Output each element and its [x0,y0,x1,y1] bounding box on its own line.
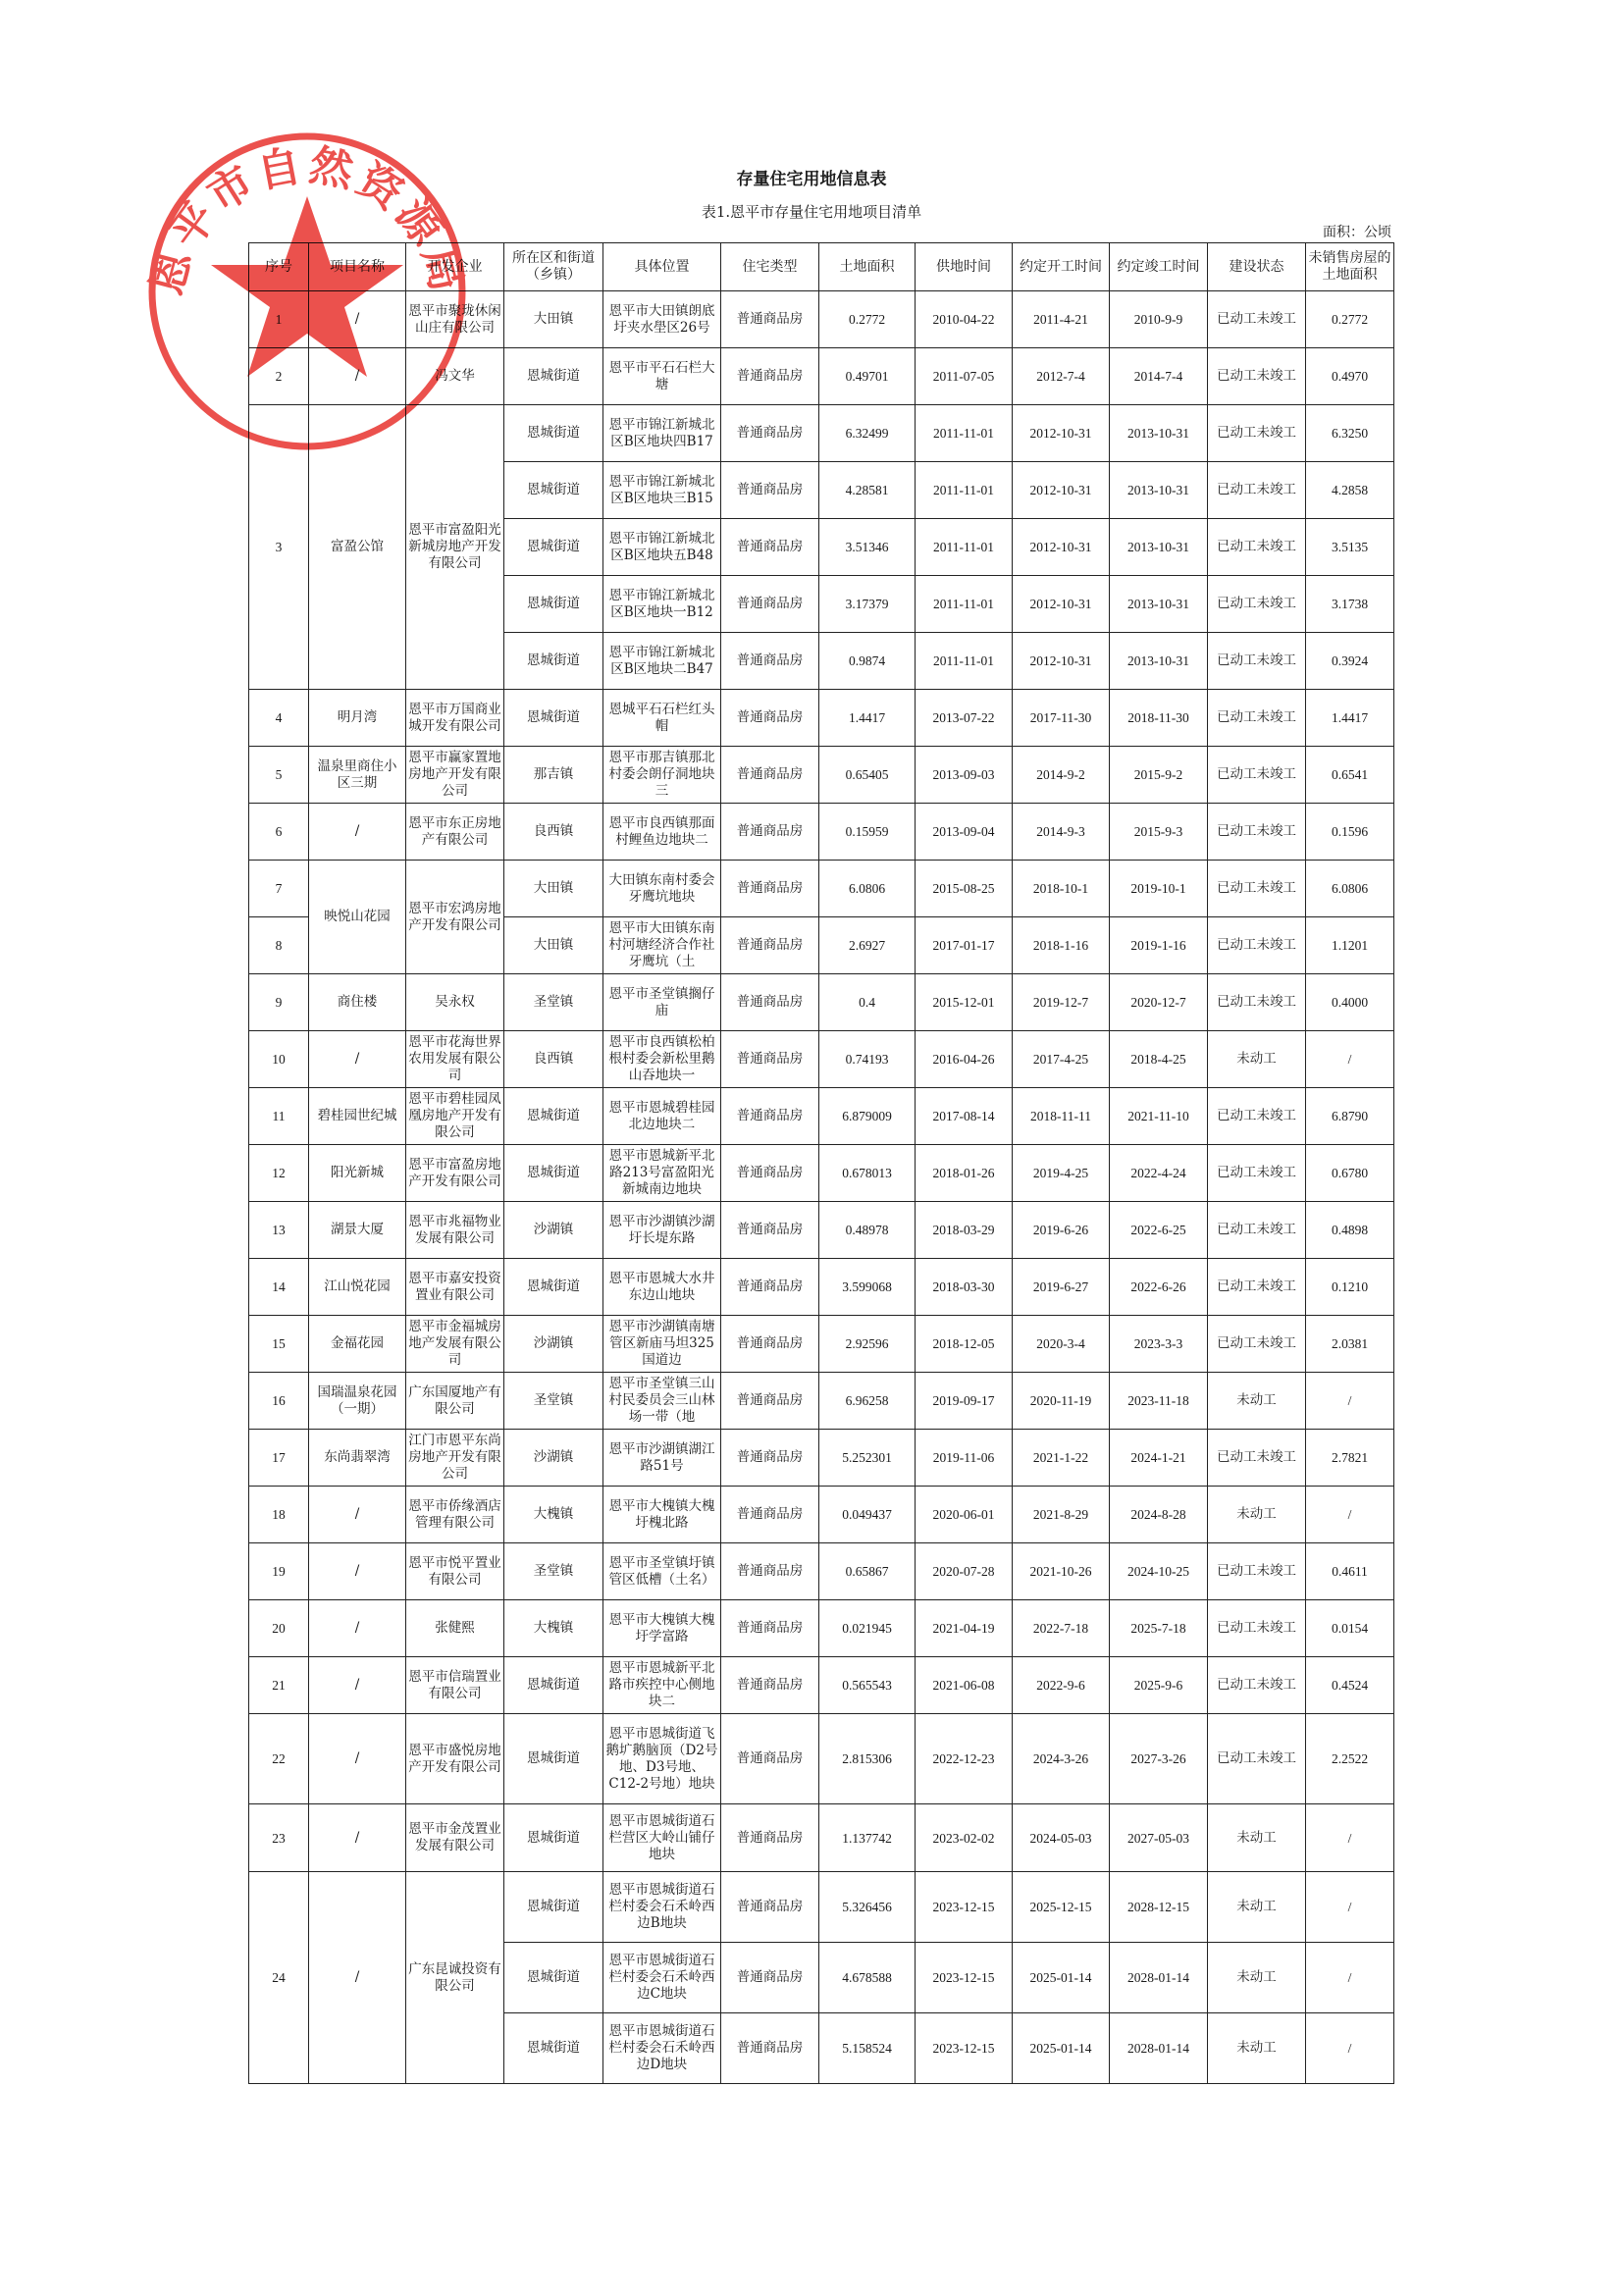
housing-type: 普通商品房 [721,917,819,974]
district: 恩城街道 [504,2013,603,2084]
developer: 恩平市聚珑休闲山庄有限公司 [406,291,504,348]
finish-date: 2027-05-03 [1110,1804,1208,1872]
housing-type: 普通商品房 [721,462,819,519]
location: 恩平市恩城街道石栏村委会石禾岭西边C地块 [603,1943,721,2013]
col-header-no: 序号 [249,243,309,291]
build-status: 已动工未竣工 [1208,1600,1306,1657]
unsold-area: 0.4970 [1306,348,1394,405]
unsold-area: / [1306,1872,1394,1943]
unsold-area: 0.1596 [1306,804,1394,861]
district: 恩城街道 [504,405,603,462]
land-area: 1.137742 [819,1804,916,1872]
district: 恩城街道 [504,462,603,519]
build-status: 未动工 [1208,1373,1306,1430]
finish-date: 2023-11-18 [1110,1373,1208,1430]
table-row: 20/张健熙大槐镇恩平市大槐镇大槐圩学富路普通商品房0.0219452021-0… [249,1600,1394,1657]
district: 沙湖镇 [504,1202,603,1259]
supply-date: 2013-09-04 [916,804,1013,861]
district: 恩城街道 [504,1657,603,1714]
housing-type: 普通商品房 [721,1543,819,1600]
supply-date: 2020-06-01 [916,1487,1013,1543]
table-row: 24/广东昆诚投资有限公司恩城街道恩平市恩城街道石栏村委会石禾岭西边B地块普通商… [249,1872,1394,1943]
unsold-area: / [1306,2013,1394,2084]
supply-date: 2011-11-01 [916,519,1013,576]
land-area: 1.4417 [819,690,916,747]
unsold-area: 2.0381 [1306,1316,1394,1373]
location: 恩平市恩城新平北路市疾控中心侧地块二 [603,1657,721,1714]
land-area: 6.879009 [819,1088,916,1145]
land-area: 2.815306 [819,1714,916,1804]
start-date: 2020-11-19 [1013,1373,1110,1430]
housing-type: 普通商品房 [721,291,819,348]
build-status: 已动工未竣工 [1208,1657,1306,1714]
finish-date: 2013-10-31 [1110,576,1208,633]
supply-date: 2019-09-17 [916,1373,1013,1430]
supply-date: 2023-12-15 [916,1872,1013,1943]
land-area: 6.0806 [819,861,916,917]
build-status: 已动工未竣工 [1208,1259,1306,1316]
finish-date: 2022-6-25 [1110,1202,1208,1259]
district: 恩城街道 [504,1088,603,1145]
unsold-area: 0.1210 [1306,1259,1394,1316]
district: 恩城街道 [504,348,603,405]
unsold-area: 0.2772 [1306,291,1394,348]
housing-type: 普通商品房 [721,1430,819,1487]
district: 恩城街道 [504,1804,603,1872]
table-row: 2/冯文华恩城街道恩平市平石石栏大塘普通商品房0.497012011-07-05… [249,348,1394,405]
col-header-start-date: 约定开工时间 [1013,243,1110,291]
build-status: 未动工 [1208,1031,1306,1088]
location: 恩平市圣堂镇三山村民委员会三山林场一带（地 [603,1373,721,1430]
district: 恩城街道 [504,1872,603,1943]
project-name: / [309,1600,406,1657]
start-date: 2021-1-22 [1013,1430,1110,1487]
project-name: / [309,291,406,348]
build-status: 已动工未竣工 [1208,804,1306,861]
supply-date: 2011-11-01 [916,405,1013,462]
housing-type: 普通商品房 [721,1943,819,2013]
table-row: 18/恩平市侨缘酒店管理有限公司大槐镇恩平市大槐镇大槐圩槐北路普通商品房0.04… [249,1487,1394,1543]
supply-date: 2011-11-01 [916,462,1013,519]
developer: 冯文华 [406,348,504,405]
housing-type: 普通商品房 [721,1600,819,1657]
location: 恩平市平石石栏大塘 [603,348,721,405]
build-status: 已动工未竣工 [1208,1543,1306,1600]
col-header-finish-date: 约定竣工时间 [1110,243,1208,291]
col-header-land-area: 土地面积 [819,243,916,291]
developer: 恩平市金福城房地产发展有限公司 [406,1316,504,1373]
land-area: 3.51346 [819,519,916,576]
col-header-developer: 开发企业 [406,243,504,291]
developer: 恩平市东正房地产有限公司 [406,804,504,861]
col-header-location: 具体位置 [603,243,721,291]
unsold-area: 0.6780 [1306,1145,1394,1202]
table-row: 7映悦山花园恩平市宏鸿房地产开发有限公司大田镇大田镇东南村委会牙鹰坑地块普通商品… [249,861,1394,917]
housing-type: 普通商品房 [721,974,819,1031]
unsold-area: 0.3924 [1306,633,1394,690]
table-row: 4明月湾恩平市万国商业城开发有限公司恩城街道恩城平石石栏红头帽普通商品房1.44… [249,690,1394,747]
supply-date: 2018-03-30 [916,1259,1013,1316]
district: 圣堂镇 [504,1543,603,1600]
finish-date: 2013-10-31 [1110,519,1208,576]
row-no: 17 [249,1430,309,1487]
unsold-area: 4.2858 [1306,462,1394,519]
housing-type: 普通商品房 [721,1316,819,1373]
developer: 恩平市金茂置业发展有限公司 [406,1804,504,1872]
land-area: 0.565543 [819,1657,916,1714]
district: 恩城街道 [504,1259,603,1316]
supply-date: 2010-04-22 [916,291,1013,348]
land-area: 0.021945 [819,1600,916,1657]
build-status: 已动工未竣工 [1208,1316,1306,1373]
table-row: 5温泉里商住小区三期恩平市赢家置地房地产开发有限公司那吉镇恩平市那吉镇那北村委会… [249,747,1394,804]
build-status: 已动工未竣工 [1208,633,1306,690]
unsold-area: 3.1738 [1306,576,1394,633]
supply-date: 2022-12-23 [916,1714,1013,1804]
district: 恩城街道 [504,519,603,576]
start-date: 2012-7-4 [1013,348,1110,405]
supply-date: 2011-11-01 [916,633,1013,690]
unsold-area: 0.6541 [1306,747,1394,804]
location: 恩平市锦江新城北区B区地块五B48 [603,519,721,576]
housing-type: 普通商品房 [721,1259,819,1316]
finish-date: 2014-7-4 [1110,348,1208,405]
row-no: 20 [249,1600,309,1657]
table-row: 16国瑞温泉花园（一期）广东国厦地产有限公司圣堂镇恩平市圣堂镇三山村民委员会三山… [249,1373,1394,1430]
table-row: 21/恩平市信瑞置业有限公司恩城街道恩平市恩城新平北路市疾控中心侧地块二普通商品… [249,1657,1394,1714]
table-row: 6/恩平市东正房地产有限公司良西镇恩平市良西镇那面村鲤鱼边地块二普通商品房0.1… [249,804,1394,861]
developer: 恩平市侨缘酒店管理有限公司 [406,1487,504,1543]
housing-type: 普通商品房 [721,861,819,917]
build-status: 已动工未竣工 [1208,576,1306,633]
district: 大田镇 [504,291,603,348]
developer: 恩平市嘉安投资置业有限公司 [406,1259,504,1316]
build-status: 已动工未竣工 [1208,1088,1306,1145]
build-status: 已动工未竣工 [1208,917,1306,974]
project-name: / [309,1714,406,1804]
build-status: 已动工未竣工 [1208,747,1306,804]
start-date: 2019-6-27 [1013,1259,1110,1316]
row-no: 23 [249,1804,309,1872]
unsold-area: / [1306,1031,1394,1088]
finish-date: 2022-4-24 [1110,1145,1208,1202]
finish-date: 2024-10-25 [1110,1543,1208,1600]
developer: 江门市恩平东尚房地产开发有限公司 [406,1430,504,1487]
supply-date: 2017-01-17 [916,917,1013,974]
location: 恩平市大田镇东南村河塘经济合作社牙鹰坑（土 [603,917,721,974]
housing-type: 普通商品房 [721,1145,819,1202]
land-area: 3.17379 [819,576,916,633]
table-row: 23/恩平市金茂置业发展有限公司恩城街道恩平市恩城街道石栏营区大岭山铺仔地块普通… [249,1804,1394,1872]
project-name: / [309,1657,406,1714]
housing-type: 普通商品房 [721,747,819,804]
finish-date: 2019-1-16 [1110,917,1208,974]
unsold-area: 0.4611 [1306,1543,1394,1600]
housing-type: 普通商品房 [721,690,819,747]
project-name: / [309,1804,406,1872]
build-status: 已动工未竣工 [1208,405,1306,462]
finish-date: 2028-01-14 [1110,1943,1208,2013]
district: 沙湖镇 [504,1430,603,1487]
unsold-area: / [1306,1804,1394,1872]
start-date: 2018-1-16 [1013,917,1110,974]
land-area: 6.32499 [819,405,916,462]
row-no: 16 [249,1373,309,1430]
finish-date: 2020-12-7 [1110,974,1208,1031]
finish-date: 2024-1-21 [1110,1430,1208,1487]
build-status: 未动工 [1208,1872,1306,1943]
location: 大田镇东南村委会牙鹰坑地块 [603,861,721,917]
row-no: 11 [249,1088,309,1145]
row-no: 19 [249,1543,309,1600]
housing-type: 普通商品房 [721,1031,819,1088]
build-status: 已动工未竣工 [1208,291,1306,348]
district: 恩城街道 [504,1714,603,1804]
table-row: 12阳光新城恩平市富盈房地产开发有限公司恩城街道恩平市恩城新平北路213号富盈阳… [249,1145,1394,1202]
finish-date: 2013-10-31 [1110,405,1208,462]
location: 恩平市恩城街道飞鹅圹鹅脑顶（D2号地、D3号地、C12-2号地）地块 [603,1714,721,1804]
finish-date: 2013-10-31 [1110,462,1208,519]
start-date: 2012-10-31 [1013,405,1110,462]
unsold-area: 6.0806 [1306,861,1394,917]
supply-date: 2017-08-14 [916,1088,1013,1145]
district: 大田镇 [504,861,603,917]
project-name: 金福花园 [309,1316,406,1373]
land-area: 0.678013 [819,1145,916,1202]
developer: 广东昆诚投资有限公司 [406,1872,504,2084]
unsold-area: 0.4898 [1306,1202,1394,1259]
start-date: 2011-4-21 [1013,291,1110,348]
build-status: 已动工未竣工 [1208,1714,1306,1804]
developer: 恩平市信瑞置业有限公司 [406,1657,504,1714]
location: 恩平市良西镇那面村鲤鱼边地块二 [603,804,721,861]
project-name: 温泉里商住小区三期 [309,747,406,804]
project-name: 明月湾 [309,690,406,747]
project-name: / [309,1031,406,1088]
land-area: 3.599068 [819,1259,916,1316]
housing-type: 普通商品房 [721,348,819,405]
land-area: 0.65867 [819,1543,916,1600]
row-no: 8 [249,917,309,974]
project-name: 东尚翡翠湾 [309,1430,406,1487]
project-name: 映悦山花园 [309,861,406,974]
supply-date: 2021-04-19 [916,1600,1013,1657]
housing-type: 普通商品房 [721,633,819,690]
project-name: 富盈公馆 [309,405,406,690]
location: 恩平市锦江新城北区B区地块三B15 [603,462,721,519]
row-no: 1 [249,291,309,348]
land-area: 0.65405 [819,747,916,804]
start-date: 2021-10-26 [1013,1543,1110,1600]
row-no: 6 [249,804,309,861]
unsold-area: 1.4417 [1306,690,1394,747]
developer: 恩平市碧桂园凤凰房地产开发有限公司 [406,1088,504,1145]
location: 恩平市那吉镇那北村委会朗仔洞地块三 [603,747,721,804]
supply-date: 2013-09-03 [916,747,1013,804]
land-area: 0.48978 [819,1202,916,1259]
col-header-unsold-area: 未销售房屋的土地面积 [1306,243,1394,291]
housing-type: 普通商品房 [721,1202,819,1259]
start-date: 2012-10-31 [1013,633,1110,690]
start-date: 2025-12-15 [1013,1872,1110,1943]
district: 恩城街道 [504,576,603,633]
developer: 吴永权 [406,974,504,1031]
supply-date: 2023-12-15 [916,1943,1013,2013]
row-no: 15 [249,1316,309,1373]
land-area: 0.15959 [819,804,916,861]
start-date: 2014-9-2 [1013,747,1110,804]
supply-date: 2015-08-25 [916,861,1013,917]
project-name: / [309,348,406,405]
location: 恩平市锦江新城北区B区地块四B17 [603,405,721,462]
table-row: 3富盈公馆恩平市富盈阳光新城房地产开发有限公司恩城街道恩平市锦江新城北区B区地块… [249,405,1394,462]
supply-date: 2018-12-05 [916,1316,1013,1373]
supply-date: 2013-07-22 [916,690,1013,747]
location: 恩平市恩城街道石栏营区大岭山铺仔地块 [603,1804,721,1872]
start-date: 2019-4-25 [1013,1145,1110,1202]
supply-date: 2023-02-02 [916,1804,1013,1872]
row-no: 2 [249,348,309,405]
supply-date: 2011-11-01 [916,576,1013,633]
district: 大槐镇 [504,1600,603,1657]
build-status: 未动工 [1208,1804,1306,1872]
unsold-area: 2.7821 [1306,1430,1394,1487]
build-status: 已动工未竣工 [1208,690,1306,747]
district: 良西镇 [504,804,603,861]
start-date: 2022-7-18 [1013,1600,1110,1657]
land-area: 0.49701 [819,348,916,405]
start-date: 2025-01-14 [1013,2013,1110,2084]
build-status: 已动工未竣工 [1208,348,1306,405]
location: 恩平市恩城碧桂园北边地块二 [603,1088,721,1145]
land-area: 0.4 [819,974,916,1031]
table-row: 11碧桂园世纪城恩平市碧桂园凤凰房地产开发有限公司恩城街道恩平市恩城碧桂园北边地… [249,1088,1394,1145]
area-unit-note: 面积：公顷 [1323,222,1391,241]
developer: 恩平市花海世界农用发展有限公司 [406,1031,504,1088]
start-date: 2020-3-4 [1013,1316,1110,1373]
row-no: 4 [249,690,309,747]
land-area: 0.2772 [819,291,916,348]
location: 恩平市良西镇松柏根村委会新松里鹅山吞地块一 [603,1031,721,1088]
land-area: 0.74193 [819,1031,916,1088]
district: 沙湖镇 [504,1316,603,1373]
location: 恩平市圣堂镇圩镇管区低槽（土名） [603,1543,721,1600]
housing-type: 普通商品房 [721,1088,819,1145]
unsold-area: 6.3250 [1306,405,1394,462]
supply-date: 2023-12-15 [916,2013,1013,2084]
finish-date: 2018-11-30 [1110,690,1208,747]
developer: 恩平市富盈阳光新城房地产开发有限公司 [406,405,504,690]
district: 良西镇 [504,1031,603,1088]
unsold-area: / [1306,1373,1394,1430]
housing-type: 普通商品房 [721,1714,819,1804]
unsold-area: 0.4524 [1306,1657,1394,1714]
supply-date: 2019-11-06 [916,1430,1013,1487]
developer: 恩平市盛悦房地产开发有限公司 [406,1714,504,1804]
table-row: 9商住楼吴永权圣堂镇恩平市圣堂镇搁仔庙普通商品房0.42015-12-01201… [249,974,1394,1031]
land-area: 0.049437 [819,1487,916,1543]
project-name: / [309,804,406,861]
finish-date: 2021-11-10 [1110,1088,1208,1145]
build-status: 已动工未竣工 [1208,1430,1306,1487]
start-date: 2022-9-6 [1013,1657,1110,1714]
row-no: 12 [249,1145,309,1202]
row-no: 18 [249,1487,309,1543]
finish-date: 2024-8-28 [1110,1487,1208,1543]
developer: 恩平市宏鸿房地产开发有限公司 [406,861,504,974]
document-title: 存量住宅用地信息表 [0,165,1623,189]
col-header-status: 建设状态 [1208,243,1306,291]
land-area: 5.158524 [819,2013,916,2084]
project-name: 湖景大厦 [309,1202,406,1259]
start-date: 2018-11-11 [1013,1088,1110,1145]
land-area: 6.96258 [819,1373,916,1430]
district: 恩城街道 [504,633,603,690]
table-row: 17东尚翡翠湾江门市恩平东尚房地产开发有限公司沙湖镇恩平市沙湖镇湖江路51号普通… [249,1430,1394,1487]
start-date: 2024-05-03 [1013,1804,1110,1872]
unsold-area: 0.4000 [1306,974,1394,1031]
finish-date: 2022-6-26 [1110,1259,1208,1316]
district: 圣堂镇 [504,974,603,1031]
row-no: 5 [249,747,309,804]
start-date: 2012-10-31 [1013,519,1110,576]
col-header-district: 所在区和街道（乡镇） [504,243,603,291]
land-area: 2.6927 [819,917,916,974]
land-area: 2.92596 [819,1316,916,1373]
build-status: 未动工 [1208,1487,1306,1543]
unsold-area: 3.5135 [1306,519,1394,576]
col-header-housing-type: 住宅类型 [721,243,819,291]
location: 恩平市沙湖镇南塘管区新庙马坦325国道边 [603,1316,721,1373]
col-header-supply-date: 供地时间 [916,243,1013,291]
developer: 恩平市富盈房地产开发有限公司 [406,1145,504,1202]
table-header-row: 序号 项目名称 开发企业 所在区和街道（乡镇） 具体位置 住宅类型 土地面积 供… [249,243,1394,291]
table-row: 10/恩平市花海世界农用发展有限公司良西镇恩平市良西镇松柏根村委会新松里鹅山吞地… [249,1031,1394,1088]
finish-date: 2013-10-31 [1110,633,1208,690]
housing-type: 普通商品房 [721,2013,819,2084]
supply-date: 2015-12-01 [916,974,1013,1031]
district: 圣堂镇 [504,1373,603,1430]
location: 恩平市大田镇朗底圩夹水壆区26号 [603,291,721,348]
row-no: 24 [249,1872,309,2084]
start-date: 2019-6-26 [1013,1202,1110,1259]
build-status: 已动工未竣工 [1208,519,1306,576]
unsold-area: / [1306,1943,1394,2013]
supply-date: 2016-04-26 [916,1031,1013,1088]
table-row: 22/恩平市盛悦房地产开发有限公司恩城街道恩平市恩城街道飞鹅圹鹅脑顶（D2号地、… [249,1714,1394,1804]
row-no: 3 [249,405,309,690]
project-name: / [309,1872,406,2084]
project-name: 江山悦花园 [309,1259,406,1316]
housing-type: 普通商品房 [721,519,819,576]
housing-type: 普通商品房 [721,1373,819,1430]
project-name: 碧桂园世纪城 [309,1088,406,1145]
district: 大田镇 [504,917,603,974]
project-name: 商住楼 [309,974,406,1031]
table-row: 19/恩平市悦平置业有限公司圣堂镇恩平市圣堂镇圩镇管区低槽（土名）普通商品房0.… [249,1543,1394,1600]
build-status: 已动工未竣工 [1208,861,1306,917]
housing-type: 普通商品房 [721,405,819,462]
land-area: 4.28581 [819,462,916,519]
start-date: 2014-9-3 [1013,804,1110,861]
location: 恩平市大槐镇大槐圩学富路 [603,1600,721,1657]
build-status: 已动工未竣工 [1208,1145,1306,1202]
location: 恩平市恩城新平北路213号富盈阳光新城南边地块 [603,1145,721,1202]
build-status: 已动工未竣工 [1208,462,1306,519]
row-no: 13 [249,1202,309,1259]
supply-date: 2018-03-29 [916,1202,1013,1259]
housing-type: 普通商品房 [721,576,819,633]
